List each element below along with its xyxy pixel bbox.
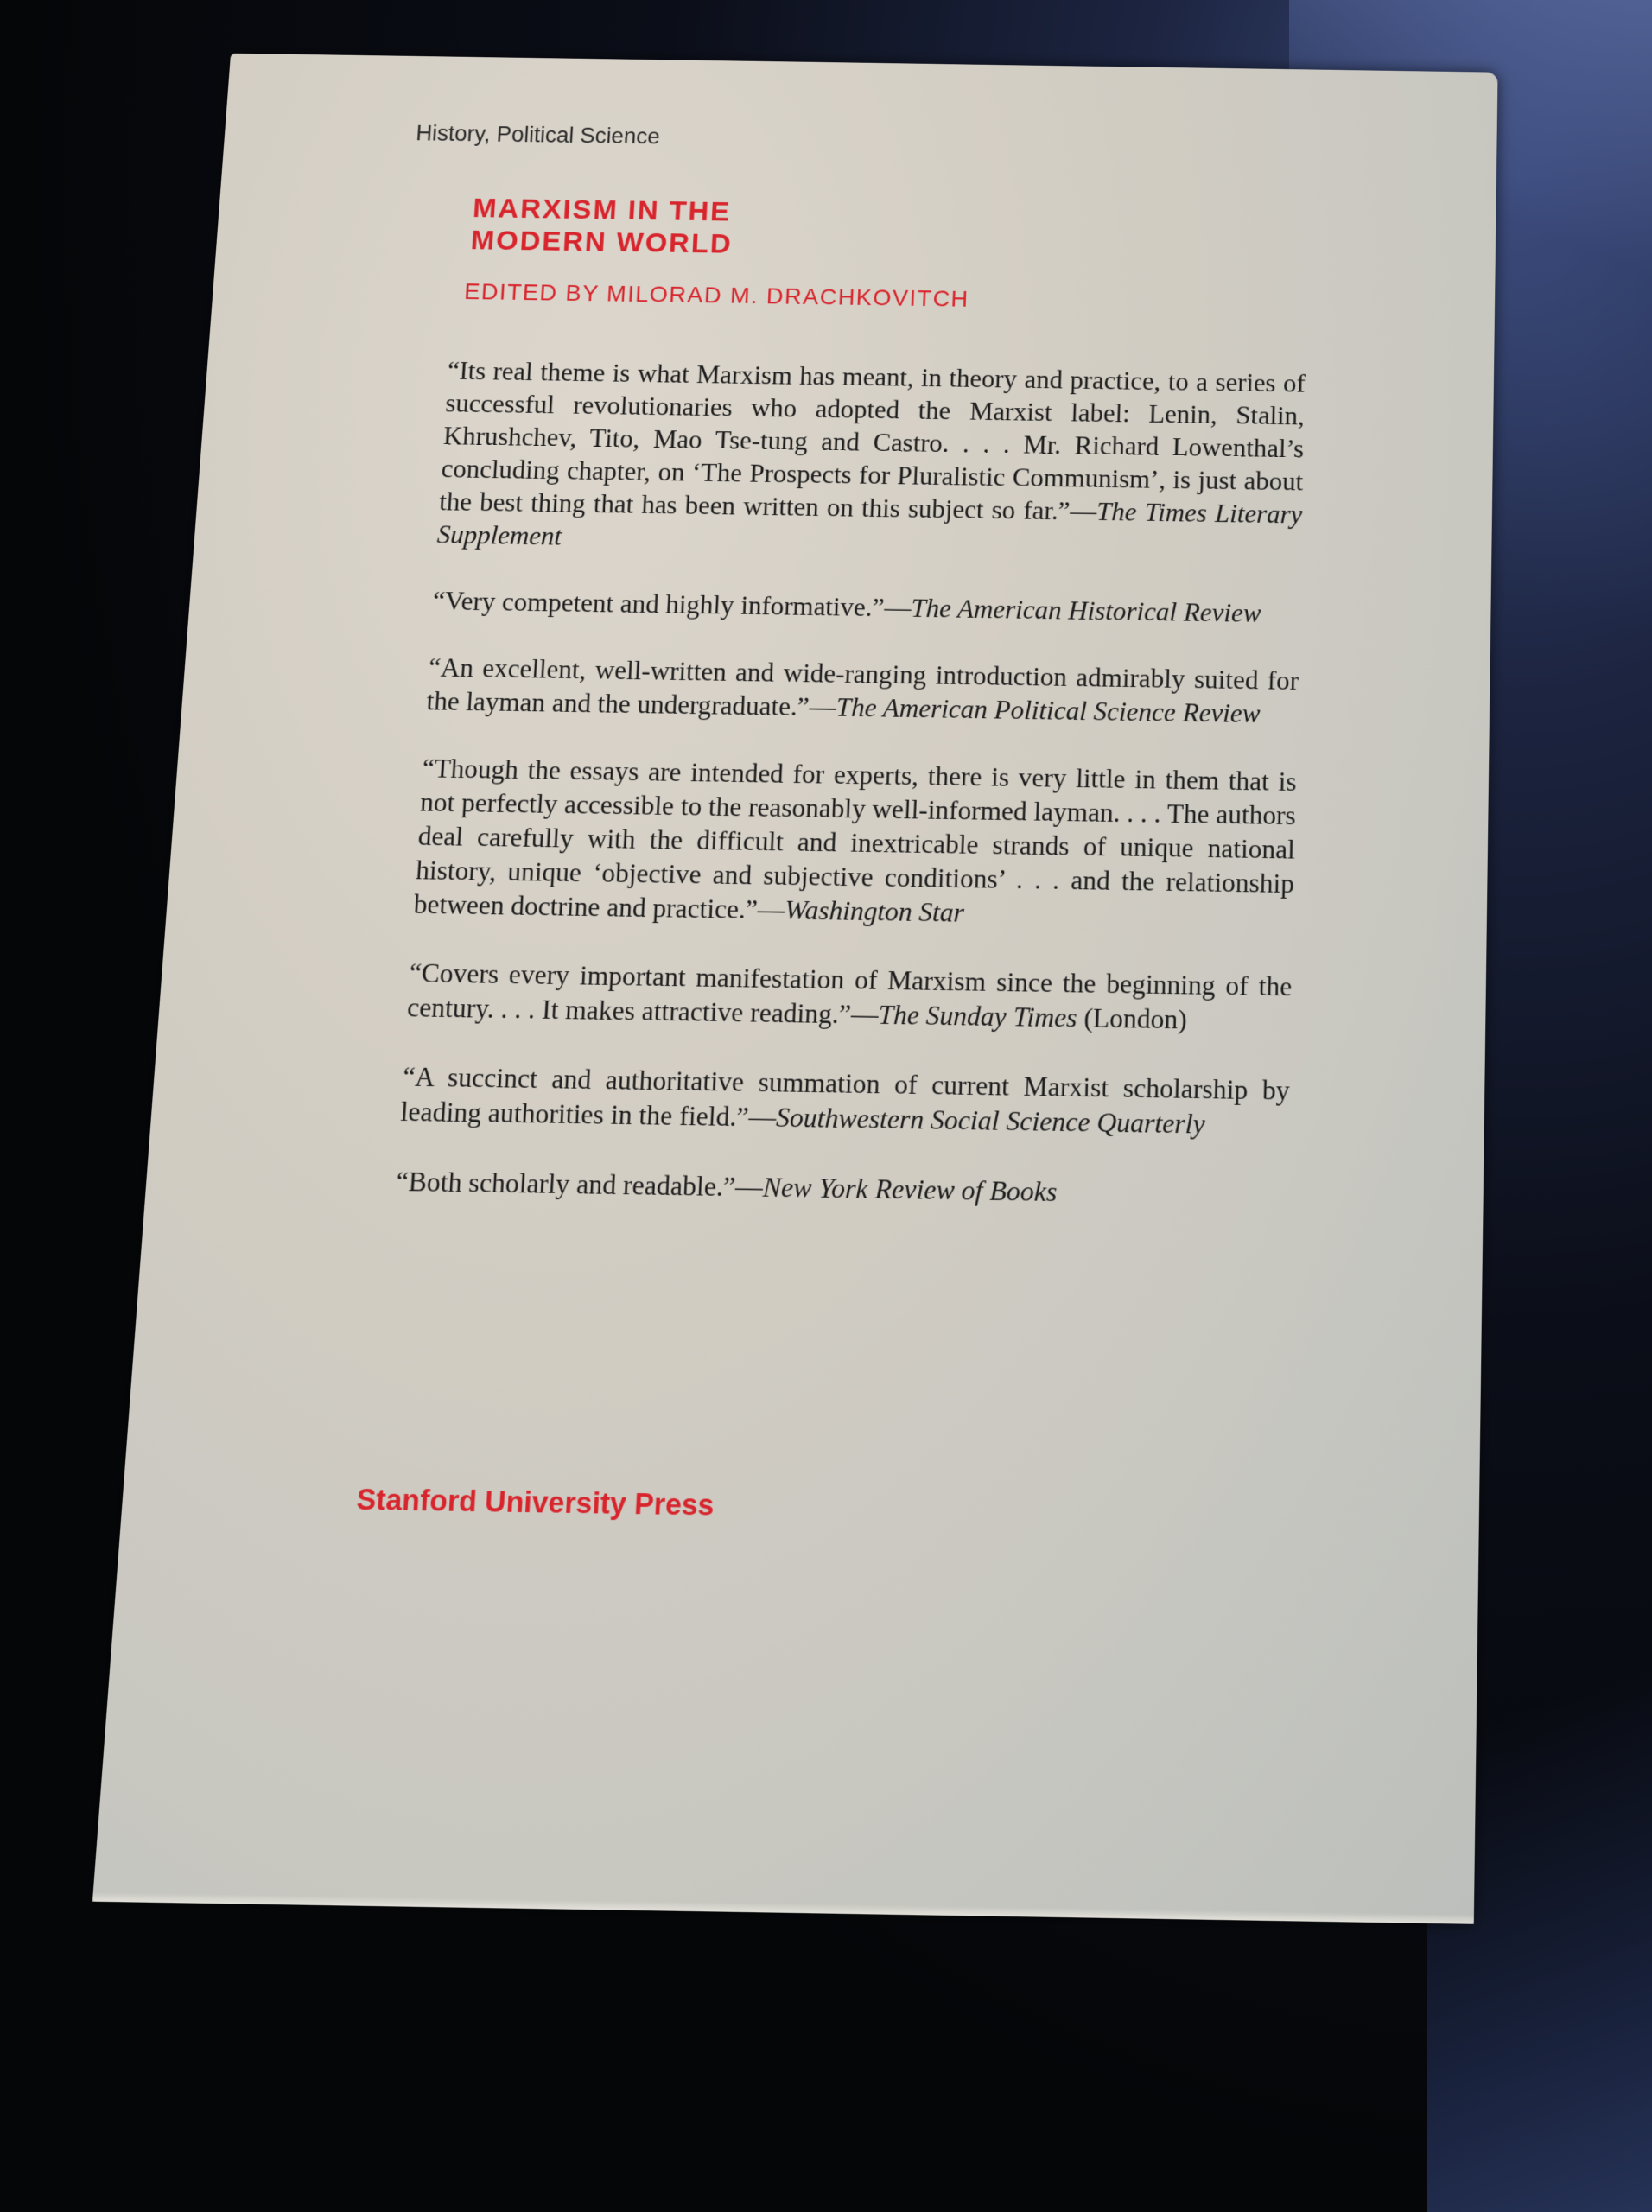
review-source: Southwestern Social Science Quarterly — [775, 1102, 1205, 1139]
book-editor: EDITED BY MILORAD M. DRACHKOVITCH — [463, 279, 969, 313]
review-source: The Sunday Times — [878, 999, 1077, 1033]
publisher-name: Stanford University Press — [355, 1483, 715, 1522]
cover-edge-wear — [92, 1892, 1474, 1924]
review-quote: “Its real theme is what Marxism has mean… — [436, 354, 1306, 564]
review-quote: “A succinct and authoritative summation … — [399, 1059, 1290, 1143]
cover-content: History, Political Science MARXISM IN TH… — [429, 56, 1324, 70]
review-quote: “Very competent and highly informative.”… — [432, 584, 1300, 631]
book-title: MARXISM IN THE MODERN WORLD — [470, 192, 974, 264]
review-quote: “Though the essays are intended for expe… — [413, 751, 1297, 935]
review-quote: “Covers every important manifestation of… — [406, 956, 1293, 1039]
review-source: The American Historical Review — [911, 593, 1261, 627]
review-quote: “An excellent, well-written and wide-ran… — [426, 651, 1299, 731]
subject-category: History, Political Science — [416, 121, 661, 149]
review-quote: “Both scholarly and readable.”—New York … — [395, 1164, 1287, 1213]
review-list: “Its real theme is what Marxism has mean… — [393, 328, 1306, 1248]
book-back-cover: History, Political Science MARXISM IN TH… — [92, 54, 1498, 1924]
review-source: New York Review of Books — [762, 1172, 1058, 1207]
review-source: Washington Star — [784, 894, 964, 927]
review-source: The American Political Science Review — [836, 692, 1261, 728]
